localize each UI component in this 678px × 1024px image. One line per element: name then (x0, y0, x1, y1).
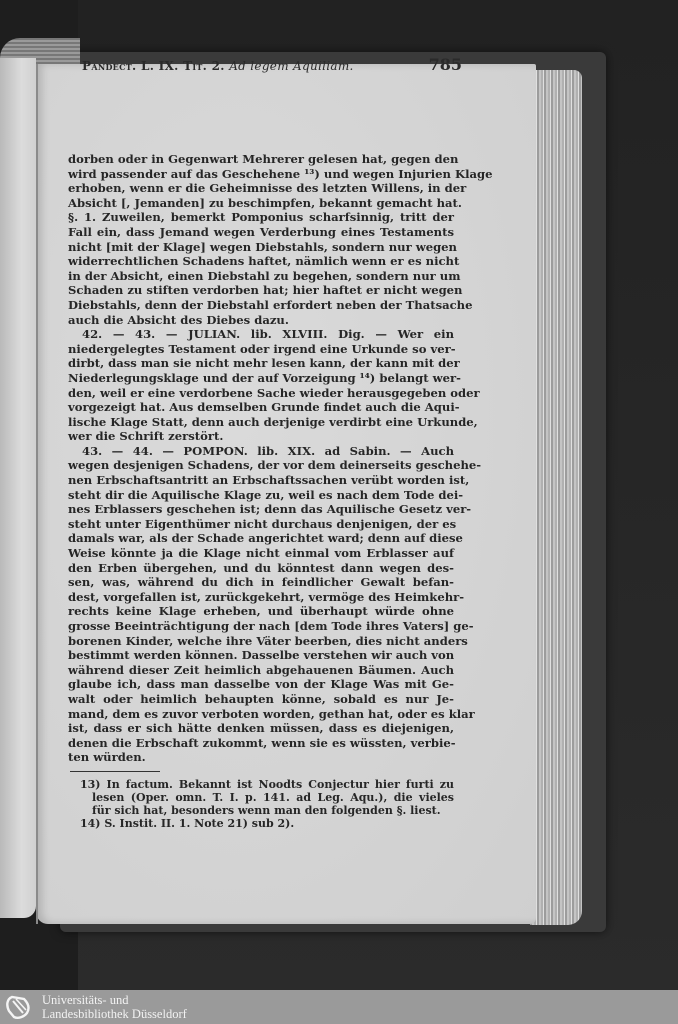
main-text: dorben oder in Gegenwart Mehrerer gelese… (68, 152, 454, 830)
page-number: 785 (429, 55, 462, 74)
footnote-line: 13) In factum. Bekannt ist Noodts Conjec… (68, 778, 454, 791)
text-line: den Erben übergehen, und du könntest dan… (68, 561, 454, 576)
text-line: nen Erbschaftsantritt an Erbschaftssache… (68, 473, 454, 488)
running-title: Pandect. L. IX. Tit. 2. Ad legem Aquilia… (82, 59, 354, 73)
text-line: mand, dem es zuvor verboten worden, geth… (68, 707, 454, 722)
text-line: nicht [mit der Klage] wegen Diebstahls, … (68, 240, 454, 255)
institution-line-1: Universitäts- und (42, 993, 187, 1007)
text-line: dest, vorgefallen ist, zurückgekehrt, ve… (68, 590, 454, 605)
text-line: dirbt, dass man sie nicht mehr lesen kan… (68, 356, 454, 371)
institution-line-2: Landesbibliothek Düsseldorf (42, 1007, 187, 1021)
text-line: walt oder heimlich behaupten könne, soba… (68, 692, 454, 707)
text-line: Diebstahls, denn der Diebstahl erfordert… (68, 298, 454, 313)
text-line: erhoben, wenn er die Geheimnisse des let… (68, 181, 454, 196)
text-line: steht dir die Aquilische Klage zu, weil … (68, 488, 454, 503)
body-text: dorben oder in Gegenwart Mehrerer gelese… (68, 152, 454, 765)
text-line: ten würden. (68, 750, 454, 765)
page-edges (530, 70, 582, 925)
footer-bar: Universitäts- und Landesbibliothek Düsse… (0, 990, 678, 1024)
text-line: widerrechtlichen Schadens haftet, nämlic… (68, 254, 454, 269)
footnotes: 13) In factum. Bekannt ist Noodts Conjec… (68, 778, 454, 830)
text-line: während dieser Zeit heimlich abgehauenen… (68, 663, 454, 678)
text-line: 43. — 44. — POMPON. lib. XIX. ad Sabin. … (68, 444, 454, 459)
text-line: den, weil er eine verdorbene Sache wiede… (68, 386, 454, 401)
text-line: lische Klage Statt, denn auch derjenige … (68, 415, 454, 430)
running-head: Pandect. L. IX. Tit. 2. Ad legem Aquilia… (82, 55, 462, 74)
text-line: wegen desjenigen Schadens, der vor dem d… (68, 458, 454, 473)
text-line: 42. — 43. — JULIAN. lib. XLVIII. Dig. — … (68, 327, 454, 342)
text-line: sen, was, während du dich in feindlicher… (68, 575, 454, 590)
gutter-line (36, 64, 38, 924)
text-line: rechts keine Klage erheben, und überhaup… (68, 604, 454, 619)
text-line: bestimmt werden können. Dasselbe versteh… (68, 648, 454, 663)
text-line: Weise könnte ja die Klage nicht einmal v… (68, 546, 454, 561)
text-line: damals war, als der Schade angerichtet w… (68, 531, 454, 546)
text-line: nes Erblassers geschehen ist; denn das A… (68, 502, 454, 517)
text-line: denen die Erbschaft zukommt, wenn sie es… (68, 736, 454, 751)
institution-name[interactable]: Universitäts- und Landesbibliothek Düsse… (42, 993, 187, 1021)
text-line: §. 1. Zuweilen, bemerkt Pomponius scharf… (68, 210, 454, 225)
text-line: wer die Schrift zerstört. (68, 429, 454, 444)
text-line: vorgezeigt hat. Aus demselben Grunde fin… (68, 400, 454, 415)
previous-page-edge (0, 58, 36, 918)
footnote-separator (70, 771, 160, 772)
running-title-italic: Ad legem Aquiliam. (229, 59, 353, 73)
text-line: Fall ein, dass Jemand wegen Verderbung e… (68, 225, 454, 240)
text-line: auch die Absicht des Diebes dazu. (68, 313, 454, 328)
text-line: steht unter Eigenthümer nicht durchaus d… (68, 517, 454, 532)
footnote-line: 14) S. Instit. II. 1. Note 21) sub 2). (68, 817, 454, 830)
text-line: Schaden zu stiften verdorben hat; hier h… (68, 283, 454, 298)
footnote-line: für sich hat, besonders wenn man den fol… (68, 804, 454, 817)
footnote-line: lesen (Oper. omn. T. I. p. 141. ad Leg. … (68, 791, 454, 804)
text-line: borenen Kinder, welche ihre Väter beerbe… (68, 634, 454, 649)
text-line: in der Absicht, einen Diebstahl zu begeh… (68, 269, 454, 284)
text-line: niedergelegtes Testament oder irgend ein… (68, 342, 454, 357)
text-line: Absicht [, Jemanden] zu beschimpfen, bek… (68, 196, 454, 211)
text-line: glaube ich, dass man dasselbe von der Kl… (68, 677, 454, 692)
text-line: wird passender auf das Geschehene ¹³) un… (68, 167, 454, 182)
text-line: dorben oder in Gegenwart Mehrerer gelese… (68, 152, 454, 167)
running-title-prefix: Pandect. L. IX. Tit. 2. (82, 59, 225, 73)
library-logo-icon[interactable] (4, 993, 32, 1021)
text-line: Niederlegungsklage und der auf Vorzeigun… (68, 371, 454, 386)
text-line: grosse Beeinträchtigung der nach [dem To… (68, 619, 454, 634)
text-line: ist, dass er sich hätte denken müssen, d… (68, 721, 454, 736)
